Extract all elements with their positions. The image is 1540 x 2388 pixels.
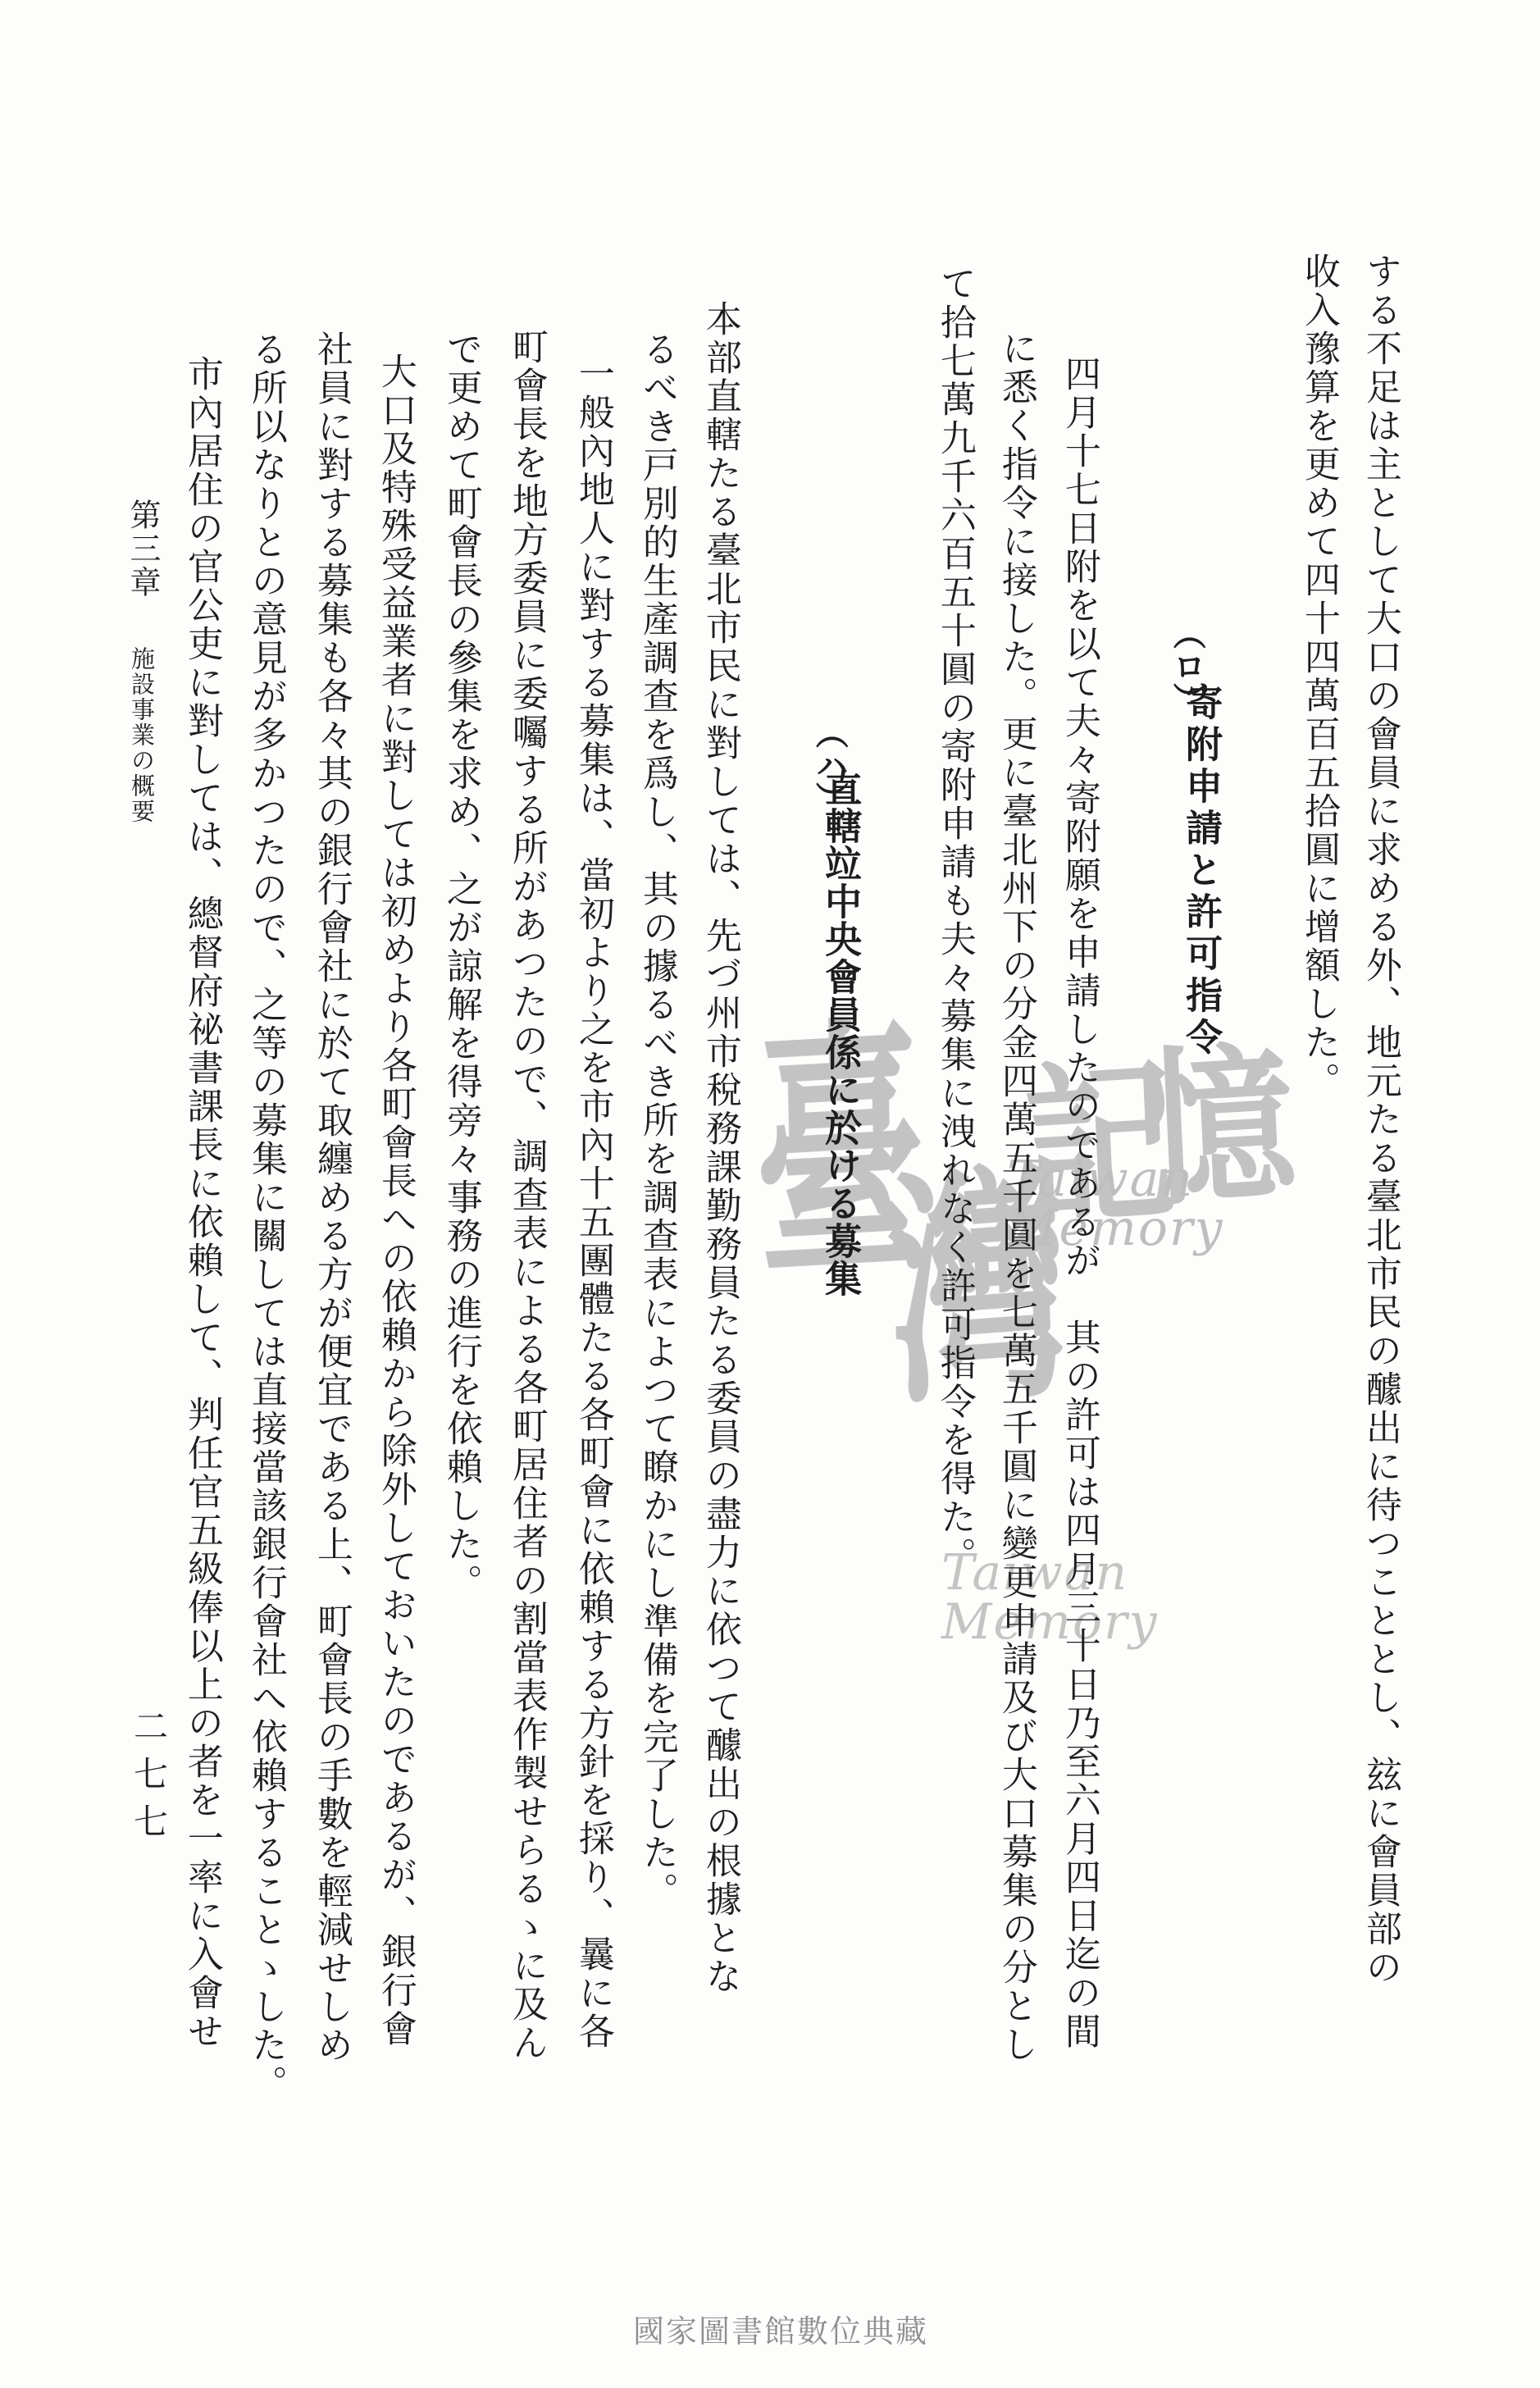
chapter-header: 第三章	[120, 499, 165, 599]
text-column-8: 一般內地人に對する募集は、當初より之を市內十五團體たる各町會に依賴する方針を採り…	[572, 355, 614, 2051]
archive-caption: 國家圖書館數位典藏	[633, 2306, 928, 2351]
text-column-1: する不足は主として大口の會員に求める外、地元たる臺北市民の醵出に待つこととし、玆…	[1359, 253, 1401, 1987]
text-column-7: るべき戸別的生產調查を爲し、其の據るべき所を調查表によつて瞭かにし準備を完了した…	[636, 330, 678, 1911]
text-column-13: る所以なりとの意見が多かつたので、之等の募集に關しては直接當該銀行會社へ依賴する…	[244, 330, 287, 2103]
text-column-12: 社員に對する募集も各々其の銀行會社に於て取纏める方が便宜である上、町會長の手數を…	[310, 330, 353, 2065]
watermark-kanji-oku: 憶	[1140, 1039, 1299, 1215]
text-column-11: 大口及特殊受益業者に對しては初めより各町會長への依賴から除外しておいたのであるが…	[374, 353, 417, 2048]
heading-ro-title: 寄附申請と許可指令	[1178, 683, 1222, 1060]
section-header: 施設事業の概要	[125, 646, 158, 824]
text-column-5: て拾七萬九千六百五十圓の寄附申請も夫々募集に洩れなく許可指令を得た。	[933, 265, 976, 1575]
text-column-4: に悉く指令に接した。更に臺北州下の分金四萬五千圓を七萬五千圓に變更申請及び大口募…	[995, 330, 1037, 2064]
watermark-kanji-wan: 灣	[886, 1160, 1072, 1418]
text-column-6: 本部直轄たる臺北市民に對しては、先づ州市稅務課勤務員たる委員の盡力に依つて醵出の…	[699, 300, 741, 1996]
text-column-2: 收入豫算を更めて四十四萬百五拾圓に增額した。	[1297, 253, 1340, 1101]
text-column-3: 四月十七日附を以て夫々寄附願を申請したのであるが 其の許可は四月三十日乃至六月四…	[1058, 355, 1100, 2051]
scanned-page: 臺 灣 記 憶 Taiwan Memory Taiwan Memory 第三章 …	[0, 0, 1540, 2388]
page-number: 二七七	[123, 1708, 172, 1851]
heading-ha-title: 直轄竝中央會員係に於ける募集	[818, 769, 861, 1297]
text-column-10: で更めて町會長の參集を求め、之が諒解を得旁々事務の進行を依賴した。	[440, 330, 482, 1602]
chapter-number: 第三章	[125, 499, 159, 599]
text-column-14: 市內居住の官公吏に對しては、總督府祕書課長に依賴して、判任官五級俸以上の者を一率…	[180, 355, 223, 2051]
watermark-latin-text: Taiwan Memory	[1007, 1155, 1224, 1253]
text-column-9: 町會長を地方委員に委囑する所があつたので、調查表による各町居住者の割當表作製せら…	[505, 328, 548, 2062]
